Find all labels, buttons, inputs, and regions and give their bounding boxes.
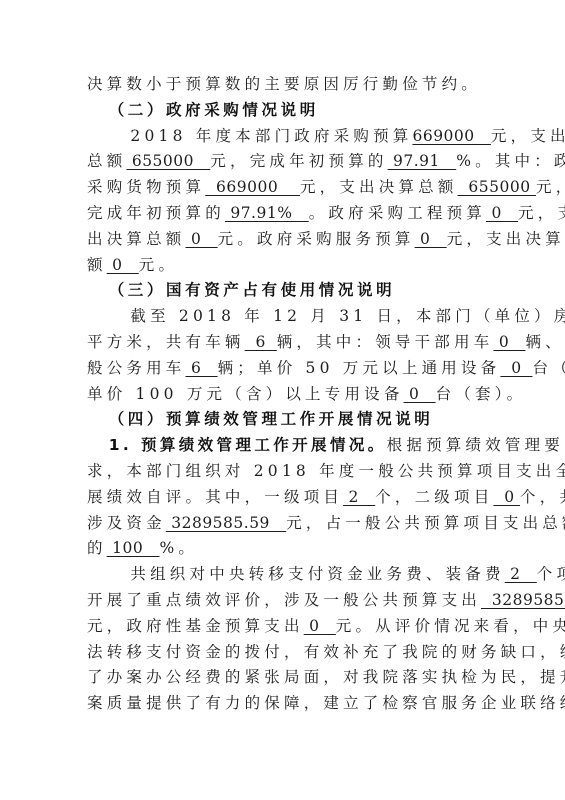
- paragraph-line: 平方米，共有车辆 6 辆，其中：领导干部用车 0 辆、一: [87, 330, 478, 356]
- text: 额: [87, 256, 107, 274]
- services-budget-value: 0: [415, 230, 447, 248]
- text: 辆，其中：领导干部用车: [277, 333, 494, 351]
- text: 开展了重点绩效评价，涉及一般公共预算支出: [87, 591, 481, 609]
- text: 元。: [139, 256, 178, 274]
- text: 元，支出决算总额: [300, 178, 458, 196]
- text: 完成年初预算的: [87, 204, 225, 222]
- text: 涉及资金: [87, 514, 166, 532]
- goods-completion-rate: 97.91%: [225, 204, 309, 222]
- public-budget-expense-value: 3289585.59: [481, 591, 565, 609]
- paragraph-line: 案质量提供了有力的保障，建立了检察官服务企业联络组: [87, 691, 478, 717]
- special-equipment-count: 0: [404, 385, 436, 403]
- paragraph-line: 出决算总额 0 元。政府采购服务预算 0 元，支出决算总: [87, 227, 478, 253]
- text: 元，支出决算总: [447, 230, 565, 248]
- level2-project-count: 0: [493, 488, 520, 506]
- procurement-expense-value: 655000: [126, 152, 210, 170]
- paragraph-line: 2018 年度本部门政府采购预算669000 元，支出决算: [87, 124, 478, 150]
- heading-text: （四）预算绩效管理工作开展情况说明: [109, 410, 434, 428]
- text: 个，共: [520, 488, 565, 506]
- paragraph-line: 额 0 元。: [87, 253, 478, 279]
- text: 元，支出决算: [491, 127, 565, 145]
- vehicle-count-value: 6: [245, 333, 277, 351]
- fund-budget-expense-value: 0: [304, 617, 336, 635]
- paragraph-line: 总额 655000 元，完成年初预算的 97.91 %。其中：政府: [87, 149, 478, 175]
- section-heading-state-assets: （三）国有资产占有使用情况说明: [87, 278, 478, 304]
- text: 个，二级项目: [375, 488, 493, 506]
- text: 截至 2018 年 12 月 31 日，本部门（单位）房屋面积: [130, 307, 565, 325]
- text: 求，本部门组织对 2018 年度一般公共预算项目支出全面开: [87, 462, 565, 480]
- section-heading-performance-management: （四）预算绩效管理工作开展情况说明: [87, 407, 478, 433]
- text: 2018 年度本部门政府采购预算: [130, 127, 412, 145]
- text: 展绩效自评。其中，一级项目: [87, 488, 343, 506]
- text: 了办案办公经费的紧张局面，对我院落实执检为民，提升办: [87, 668, 565, 686]
- text: 平方米，共有车辆: [87, 333, 245, 351]
- paragraph-line: 元，政府性基金预算支出 0 元。从评价情况来看，中央政: [87, 614, 478, 640]
- text: 法转移支付资金的拨付，有效补充了我院的财务缺口，缓解: [87, 643, 565, 661]
- evaluated-project-count: 2: [505, 565, 537, 583]
- text: 。政府采购工程预算: [309, 204, 486, 222]
- level1-project-count: 2: [343, 488, 375, 506]
- text: 台（套）。: [436, 385, 527, 403]
- text: 元。政府采购服务预算: [218, 230, 415, 248]
- general-equipment-count: 0: [500, 359, 532, 377]
- text: 的: [87, 539, 107, 557]
- general-vehicle-count: 6: [186, 359, 218, 377]
- funds-percentage-value: 100: [107, 539, 160, 557]
- text: 辆、一: [525, 333, 565, 351]
- goods-budget-value: 669000: [205, 178, 300, 196]
- heading-text: （三）国有资产占有使用情况说明: [109, 281, 396, 299]
- paragraph-line: 开展了重点绩效评价，涉及一般公共预算支出 3289585.59: [87, 588, 478, 614]
- text: 个项目: [537, 565, 565, 583]
- text: 单价 100 万元（含）以上专用设备: [87, 385, 404, 403]
- text: %。: [160, 539, 199, 557]
- engineering-expense-value: 0: [186, 230, 218, 248]
- engineering-budget-value: 0: [486, 204, 518, 222]
- paragraph-line: 1. 预算绩效管理工作开展情况。根据预算绩效管理要: [87, 433, 478, 459]
- document-page: 决算数小于预算数的主要原因厉行勤俭节约。 （二）政府采购情况说明 2018 年度…: [0, 0, 565, 800]
- heading-text: （二）政府采购情况说明: [109, 101, 319, 119]
- funds-involved-value: 3289585.59: [166, 514, 286, 532]
- paragraph-line: 般公务用车 6 辆；单价 50 万元以上通用设备 0 台（套），: [87, 356, 478, 382]
- subheading-text: 1. 预算绩效管理工作开展情况。: [109, 436, 387, 454]
- procurement-completion-rate: 97.91: [388, 152, 457, 170]
- text: 元，占一般公共预算项目支出总额: [286, 514, 565, 532]
- procurement-budget-value: 669000: [412, 127, 490, 145]
- text: 案质量提供了有力的保障，建立了检察官服务企业联络组: [87, 694, 565, 712]
- text: 元，: [536, 178, 565, 196]
- paragraph-line: 的 100 %。: [87, 536, 478, 562]
- paragraph-line: 共组织对中央转移支付资金业务费、装备费 2 个项目: [87, 562, 478, 588]
- text: 元。从评价情况来看，中央政: [336, 617, 565, 635]
- text: 共组织对中央转移支付资金业务费、装备费: [130, 565, 504, 583]
- paragraph-line: 决算数小于预算数的主要原因厉行勤俭节约。: [87, 72, 478, 98]
- paragraph-line: 了办案办公经费的紧张局面，对我院落实执检为民，提升办: [87, 665, 478, 691]
- text: 出决算总额: [87, 230, 186, 248]
- paragraph-line: 展绩效自评。其中，一级项目 2 个，二级项目 0 个，共: [87, 485, 478, 511]
- goods-expense-value: 655000: [458, 178, 536, 196]
- text: 辆；单价 50 万元以上通用设备: [218, 359, 501, 377]
- paragraph-line: 完成年初预算的 97.91% 。政府采购工程预算 0 元，支: [87, 201, 478, 227]
- text: 般公务用车: [87, 359, 186, 377]
- paragraph-line: 采购货物预算 669000 元，支出决算总额 655000 元，: [87, 175, 478, 201]
- text: 根据预算绩效管理要: [387, 436, 564, 454]
- leader-vehicle-count: 0: [493, 333, 525, 351]
- paragraph-line: 涉及资金 3289585.59 元，占一般公共预算项目支出总额: [87, 511, 478, 537]
- text: 台（套），: [532, 359, 565, 377]
- paragraph-line: 截至 2018 年 12 月 31 日，本部门（单位）房屋面积7802: [87, 304, 478, 330]
- paragraph-line: 法转移支付资金的拨付，有效补充了我院的财务缺口，缓解: [87, 640, 478, 666]
- document-body: 决算数小于预算数的主要原因厉行勤俭节约。 （二）政府采购情况说明 2018 年度…: [87, 72, 478, 717]
- text: 总额: [87, 152, 126, 170]
- paragraph-line: 单价 100 万元（含）以上专用设备 0 台（套）。: [87, 382, 478, 408]
- text: 决算数小于预算数的主要原因厉行勤俭节约。: [87, 75, 481, 93]
- text: 元，完成年初预算的: [210, 152, 387, 170]
- text: 元，政府性基金预算支出: [87, 617, 304, 635]
- text: %。其中：政府: [456, 152, 565, 170]
- services-expense-value: 0: [107, 256, 139, 274]
- paragraph-line: 求，本部门组织对 2018 年度一般公共预算项目支出全面开: [87, 459, 478, 485]
- text: 采购货物预算: [87, 178, 205, 196]
- text: 元，支: [518, 204, 565, 222]
- section-heading-government-procurement: （二）政府采购情况说明: [87, 98, 478, 124]
